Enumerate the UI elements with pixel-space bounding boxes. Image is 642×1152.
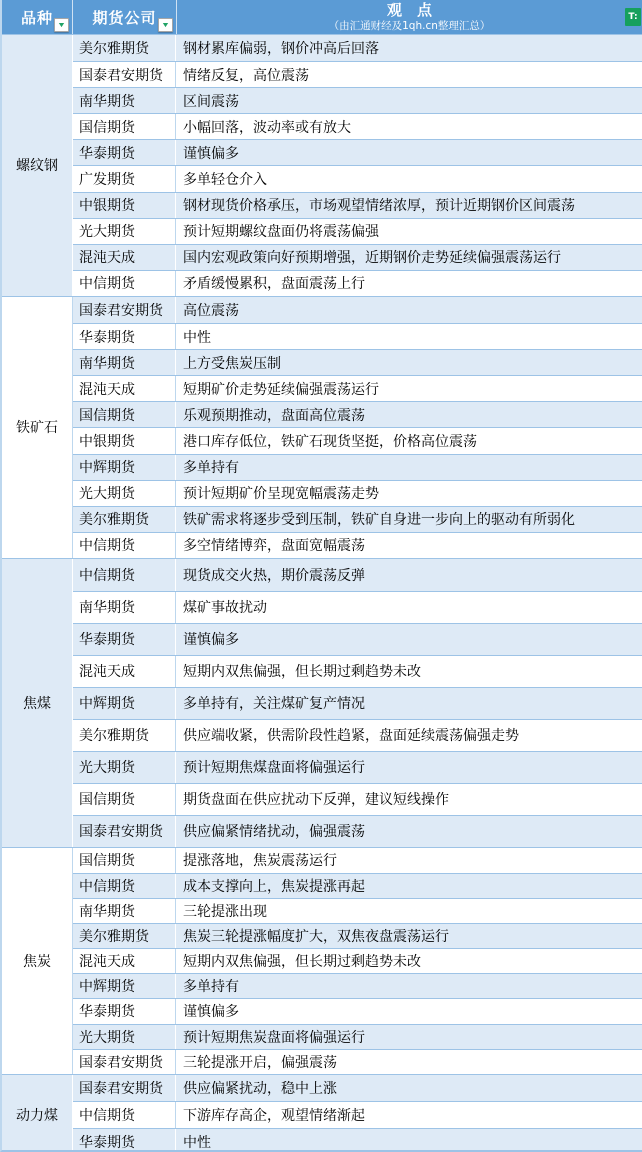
company-cell[interactable]: 中信期货 <box>73 1102 176 1128</box>
table-row: 南华期货煤矿事故扰动 <box>73 591 642 623</box>
company-cell[interactable]: 中信期货 <box>73 271 176 296</box>
company-cell[interactable]: 美尔雅期货 <box>73 35 176 61</box>
table-row: 混沌天成短期矿价走势延续偏强震荡运行 <box>73 375 642 401</box>
company-cell[interactable]: 混沌天成 <box>73 949 176 973</box>
opinion-cell[interactable]: 下游库存高企，观望情绪渐起 <box>176 1102 642 1128</box>
table-row: 国信期货小幅回落，波动率或有放大 <box>73 113 642 139</box>
company-cell[interactable]: 中银期货 <box>73 193 176 218</box>
table-row: 美尔雅期货铁矿需求将逐步受到压制，铁矿自身进一步向上的驱动有所弱化 <box>73 506 642 532</box>
commodity-cell[interactable]: 焦煤 <box>2 559 73 847</box>
opinion-cell[interactable]: 短期矿价走势延续偏强震荡运行 <box>176 376 642 401</box>
section-rows: 美尔雅期货钢材累库偏弱，钢价冲高后回落国泰君安期货情绪反复，高位震荡南华期货区间… <box>73 35 642 296</box>
company-cell[interactable]: 华泰期货 <box>73 140 176 165</box>
company-cell[interactable]: 光大期货 <box>73 219 176 244</box>
table-row: 美尔雅期货供应端收紧，供需阶段性趋紧，盘面延续震荡偏强走势 <box>73 719 642 751</box>
company-cell[interactable]: 中辉期货 <box>73 688 176 719</box>
table-row: 国泰君安期货供应偏紧扰动，稳中上涨 <box>73 1075 642 1102</box>
opinion-cell[interactable]: 煤矿事故扰动 <box>176 592 642 623</box>
opinion-cell[interactable]: 钢材现货价格承压，市场观望情绪浓厚，预计近期钢价区间震荡 <box>176 193 642 218</box>
company-cell[interactable]: 南华期货 <box>73 592 176 623</box>
commodity-cell[interactable]: 铁矿石 <box>2 297 73 558</box>
company-cell[interactable]: 光大期货 <box>73 752 176 783</box>
table-row: 中银期货港口库存低位，铁矿石现货坚挺，价格高位震荡 <box>73 427 642 453</box>
company-cell[interactable]: 南华期货 <box>73 350 176 375</box>
company-cell[interactable]: 中辉期货 <box>73 455 176 480</box>
company-cell[interactable]: 南华期货 <box>73 899 176 923</box>
table-body: 螺纹钢美尔雅期货钢材累库偏弱，钢价冲高后回落国泰君安期货情绪反复，高位震荡南华期… <box>2 34 642 1152</box>
company-cell[interactable]: 混沌天成 <box>73 656 176 687</box>
opinion-cell[interactable]: 小幅回落，波动率或有放大 <box>176 114 642 139</box>
opinion-cell[interactable]: 钢材累库偏弱，钢价冲高后回落 <box>176 35 642 61</box>
opinion-cell[interactable]: 短期内双焦偏强，但长期过剩趋势未改 <box>176 949 642 973</box>
table-row: 南华期货区间震荡 <box>73 87 642 113</box>
opinion-cell[interactable]: 乐观预期推动，盘面高位震荡 <box>176 402 642 427</box>
table-row: 光大期货预计短期焦炭盘面将偏强运行 <box>73 1024 642 1049</box>
opinion-cell[interactable]: 三轮提涨开启，偏强震荡 <box>176 1050 642 1074</box>
opinion-cell[interactable]: 现货成交火热，期价震荡反弹 <box>176 559 642 591</box>
table-row: 光大期货预计短期矿价呈现宽幅震荡走势 <box>73 480 642 506</box>
table-row: 中信期货成本支撑向上，焦炭提涨再起 <box>73 873 642 898</box>
opinion-cell[interactable]: 多空情绪博弈，盘面宽幅震荡 <box>176 533 642 558</box>
commodity-section: 动力煤国泰君安期货供应偏紧扰动，稳中上涨中信期货下游库存高企，观望情绪渐起华泰期… <box>2 1074 642 1152</box>
opinion-cell[interactable]: 预计短期矿价呈现宽幅震荡走势 <box>176 481 642 506</box>
header-cell-commodity[interactable]: 品种 ▼ <box>2 0 73 34</box>
table-row: 南华期货上方受焦炭压制 <box>73 349 642 375</box>
commodity-section: 螺纹钢美尔雅期货钢材累库偏弱，钢价冲高后回落国泰君安期货情绪反复，高位震荡南华期… <box>2 34 642 296</box>
company-cell[interactable]: 中信期货 <box>73 559 176 591</box>
opinion-cell[interactable]: 谨慎偏多 <box>176 624 642 655</box>
table-row: 国信期货期货盘面在供应扰动下反弹，建议短线操作 <box>73 783 642 815</box>
company-cell[interactable]: 国信期货 <box>73 784 176 815</box>
opinion-cell[interactable]: 中性 <box>176 324 642 349</box>
opinion-cell[interactable]: 预计短期焦煤盘面将偏强运行 <box>176 752 642 783</box>
table-row: 中信期货多空情绪博弈，盘面宽幅震荡 <box>73 532 642 558</box>
section-rows: 国泰君安期货供应偏紧扰动，稳中上涨中信期货下游库存高企，观望情绪渐起华泰期货中性 <box>73 1075 642 1152</box>
header-cell-company[interactable]: 期货公司 ▼ <box>73 0 177 34</box>
company-cell[interactable]: 光大期货 <box>73 481 176 506</box>
table-row: 中信期货矛盾缓慢累积，盘面震荡上行 <box>73 270 642 296</box>
opinion-cell[interactable]: 矛盾缓慢累积，盘面震荡上行 <box>176 271 642 296</box>
company-cell[interactable]: 国泰君安期货 <box>73 816 176 847</box>
opinion-cell[interactable]: 情绪反复，高位震荡 <box>176 62 642 87</box>
commodity-section: 焦炭国信期货提涨落地，焦炭震荡运行中信期货成本支撑向上，焦炭提涨再起南华期货三轮… <box>2 847 642 1074</box>
filter-badge-icon[interactable]: T: <box>625 8 641 26</box>
company-cell[interactable]: 国泰君安期货 <box>73 1050 176 1074</box>
section-rows: 国泰君安期货高位震荡华泰期货中性南华期货上方受焦炭压制混沌天成短期矿价走势延续偏… <box>73 297 642 558</box>
opinion-cell[interactable]: 期货盘面在供应扰动下反弹，建议短线操作 <box>176 784 642 815</box>
company-cell[interactable]: 国信期货 <box>73 848 176 873</box>
opinion-cell[interactable]: 三轮提涨出现 <box>176 899 642 923</box>
commodity-cell[interactable]: 焦炭 <box>2 848 73 1074</box>
company-cell[interactable]: 美尔雅期货 <box>73 720 176 751</box>
opinion-cell[interactable]: 多单持有，关注煤矿复产情况 <box>176 688 642 719</box>
opinion-cell[interactable]: 港口库存低位，铁矿石现货坚挺，价格高位震荡 <box>176 428 642 453</box>
table-row: 中辉期货多单持有 <box>73 454 642 480</box>
table-row: 混沌天成国内宏观政策向好预期增强，近期钢价走势延续偏强震荡运行 <box>73 244 642 270</box>
company-cell[interactable]: 广发期货 <box>73 166 176 191</box>
opinion-cell[interactable]: 中性 <box>176 1129 642 1152</box>
commodity-cell[interactable]: 螺纹钢 <box>2 35 73 296</box>
company-cell[interactable]: 中信期货 <box>73 533 176 558</box>
opinion-cell[interactable]: 供应偏紧扰动，稳中上涨 <box>176 1075 642 1102</box>
opinion-cell[interactable]: 高位震荡 <box>176 297 642 323</box>
filter-arrow-icon: ▼ <box>161 22 170 29</box>
opinion-cell[interactable]: 谨慎偏多 <box>176 140 642 165</box>
table-row: 美尔雅期货焦炭三轮提涨幅度扩大，双焦夜盘震荡运行 <box>73 923 642 948</box>
table-row: 光大期货预计短期焦煤盘面将偏强运行 <box>73 751 642 783</box>
opinion-cell[interactable]: 谨慎偏多 <box>176 999 642 1023</box>
opinion-cell[interactable]: 铁矿需求将逐步受到压制，铁矿自身进一步向上的驱动有所弱化 <box>176 507 642 532</box>
opinion-cell[interactable]: 多单持有 <box>176 455 642 480</box>
table-row: 中辉期货多单持有 <box>73 973 642 998</box>
opinion-cell[interactable]: 预计短期焦炭盘面将偏强运行 <box>176 1025 642 1049</box>
opinion-cell[interactable]: 供应端收紧，供需阶段性趋紧，盘面延续震荡偏强走势 <box>176 720 642 751</box>
spreadsheet: 品种 ▼ 期货公司 ▼ 观 点 （由汇通财经及1qh.cn整理汇总） T: 螺纹… <box>0 0 642 1152</box>
opinion-cell[interactable]: 提涨落地，焦炭震荡运行 <box>176 848 642 873</box>
opinion-cell[interactable]: 上方受焦炭压制 <box>176 350 642 375</box>
header-label-commodity: 品种 <box>21 7 53 28</box>
section-rows: 中信期货现货成交火热，期价震荡反弹南华期货煤矿事故扰动华泰期货谨慎偏多混沌天成短… <box>73 559 642 847</box>
company-cell[interactable]: 华泰期货 <box>73 324 176 349</box>
table-row: 华泰期货中性 <box>73 323 642 349</box>
company-cell[interactable]: 国信期货 <box>73 114 176 139</box>
table-row: 国信期货乐观预期推动，盘面高位震荡 <box>73 401 642 427</box>
company-cell[interactable]: 华泰期货 <box>73 624 176 655</box>
commodity-section: 铁矿石国泰君安期货高位震荡华泰期货中性南华期货上方受焦炭压制混沌天成短期矿价走势… <box>2 296 642 558</box>
table-row: 美尔雅期货钢材累库偏弱，钢价冲高后回落 <box>73 35 642 61</box>
company-filter-button[interactable]: ▼ <box>158 18 173 32</box>
table-row: 华泰期货谨慎偏多 <box>73 139 642 165</box>
section-rows: 国信期货提涨落地，焦炭震荡运行中信期货成本支撑向上，焦炭提涨再起南华期货三轮提涨… <box>73 848 642 1074</box>
company-cell[interactable]: 混沌天成 <box>73 376 176 401</box>
company-cell[interactable]: 华泰期货 <box>73 999 176 1023</box>
header-cell-opinion[interactable]: 观 点 （由汇通财经及1qh.cn整理汇总） T: <box>177 0 642 34</box>
company-cell[interactable]: 混沌天成 <box>73 245 176 270</box>
table-row: 华泰期货谨慎偏多 <box>73 623 642 655</box>
table-row: 中银期货钢材现货价格承压，市场观望情绪浓厚，预计近期钢价区间震荡 <box>73 192 642 218</box>
commodity-filter-button[interactable]: ▼ <box>54 18 69 32</box>
filter-arrow-icon: ▼ <box>57 22 66 29</box>
company-cell[interactable]: 国信期货 <box>73 402 176 427</box>
opinion-cell[interactable]: 多单轻仓介入 <box>176 166 642 191</box>
header-opinion-subtitle: （由汇通财经及1qh.cn整理汇总） <box>329 20 491 32</box>
table-row: 中辉期货多单持有，关注煤矿复产情况 <box>73 687 642 719</box>
table-row: 国泰君安期货供应偏紧情绪扰动，偏强震荡 <box>73 815 642 847</box>
opinion-cell[interactable]: 预计短期螺纹盘面仍将震荡偏强 <box>176 219 642 244</box>
company-cell[interactable]: 国泰君安期货 <box>73 297 176 323</box>
table-header: 品种 ▼ 期货公司 ▼ 观 点 （由汇通财经及1qh.cn整理汇总） T: <box>2 0 642 34</box>
company-cell[interactable]: 南华期货 <box>73 88 176 113</box>
company-cell[interactable]: 华泰期货 <box>73 1129 176 1152</box>
company-cell[interactable]: 光大期货 <box>73 1025 176 1049</box>
company-cell[interactable]: 中信期货 <box>73 874 176 898</box>
opinion-cell[interactable]: 供应偏紧情绪扰动，偏强震荡 <box>176 816 642 847</box>
company-cell[interactable]: 中银期货 <box>73 428 176 453</box>
company-cell[interactable]: 美尔雅期货 <box>73 507 176 532</box>
table-row: 混沌天成短期内双焦偏强，但长期过剩趋势未改 <box>73 655 642 687</box>
opinion-cell[interactable]: 短期内双焦偏强，但长期过剩趋势未改 <box>176 656 642 687</box>
table-row: 华泰期货谨慎偏多 <box>73 998 642 1023</box>
table-row: 中信期货下游库存高企，观望情绪渐起 <box>73 1101 642 1128</box>
table-row: 国信期货提涨落地，焦炭震荡运行 <box>73 848 642 873</box>
opinion-cell[interactable]: 国内宏观政策向好预期增强，近期钢价走势延续偏强震荡运行 <box>176 245 642 270</box>
commodity-cell[interactable]: 动力煤 <box>2 1075 73 1152</box>
table-row: 华泰期货中性 <box>73 1128 642 1152</box>
opinion-cell[interactable]: 多单持有 <box>176 974 642 998</box>
table-row: 国泰君安期货高位震荡 <box>73 297 642 323</box>
commodity-section: 焦煤中信期货现货成交火热，期价震荡反弹南华期货煤矿事故扰动华泰期货谨慎偏多混沌天… <box>2 558 642 847</box>
opinion-cell[interactable]: 焦炭三轮提涨幅度扩大，双焦夜盘震荡运行 <box>176 924 642 948</box>
table-row: 光大期货预计短期螺纹盘面仍将震荡偏强 <box>73 218 642 244</box>
table-row: 国泰君安期货三轮提涨开启，偏强震荡 <box>73 1049 642 1074</box>
table-row: 国泰君安期货情绪反复，高位震荡 <box>73 61 642 87</box>
table-row: 南华期货三轮提涨出现 <box>73 898 642 923</box>
company-cell[interactable]: 中辉期货 <box>73 974 176 998</box>
header-label-opinion: 观 点 <box>387 2 432 19</box>
company-cell[interactable]: 国泰君安期货 <box>73 1075 176 1102</box>
table-row: 中信期货现货成交火热，期价震荡反弹 <box>73 559 642 591</box>
company-cell[interactable]: 国泰君安期货 <box>73 62 176 87</box>
header-label-company: 期货公司 <box>92 7 156 28</box>
opinion-cell[interactable]: 成本支撑向上，焦炭提涨再起 <box>176 874 642 898</box>
table-row: 广发期货多单轻仓介入 <box>73 165 642 191</box>
company-cell[interactable]: 美尔雅期货 <box>73 924 176 948</box>
opinion-cell[interactable]: 区间震荡 <box>176 88 642 113</box>
table-row: 混沌天成短期内双焦偏强，但长期过剩趋势未改 <box>73 948 642 973</box>
